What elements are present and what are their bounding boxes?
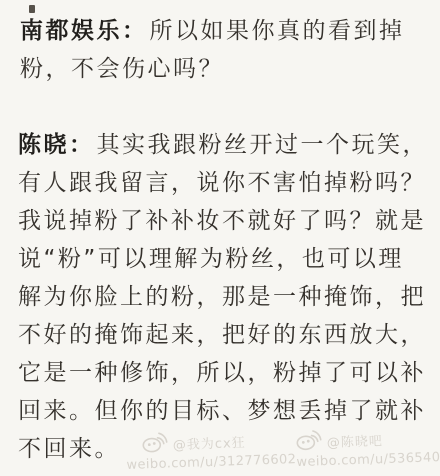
answer-text: 其实我跟粉丝开过一个玩笑， — [97, 132, 429, 158]
watermark-handle: @陈晓吧 — [326, 430, 383, 451]
weibo-quote-image: 南都娱乐：所以如果你真的看到掉 粉，不会伤心吗？ 陈晓：其实我跟粉丝开过一个玩笑… — [0, 0, 440, 476]
watermark-left: @我为cx狂 weibo.com/u/312776602 — [125, 426, 296, 473]
text-line: 它是一种修饰，所以，粉掉了可以补 — [18, 354, 428, 392]
question-speaker: 南都娱乐： — [20, 18, 148, 44]
text-line: 有人跟我留言，说你不害怕掉粉吗？ — [18, 164, 428, 202]
text-line: 陈晓：其实我跟粉丝开过一个玩笑， — [18, 126, 428, 164]
answer-speaker: 陈晓： — [18, 132, 95, 158]
watermark-right: @陈晓吧 weibo.com/u/5365407533 — [295, 423, 440, 470]
text-line: 不好的掩饰起来，把好的东西放大， — [18, 316, 428, 354]
text-line: 南都娱乐：所以如果你真的看到掉 — [20, 12, 405, 50]
text-line: 我说掉粉了补补妆不就好了吗？就是 — [18, 202, 428, 240]
text-line: 说“粉”可以理解为粉丝，也可以理 — [18, 240, 428, 278]
text-line: 解为你脸上的粉，那是一种掩饰，把 — [18, 278, 428, 316]
weibo-logo-icon — [295, 428, 322, 455]
text-line: 粉，不会伤心吗？ — [20, 50, 405, 88]
weibo-logo-icon — [141, 431, 168, 458]
answer-paragraph: 陈晓：其实我跟粉丝开过一个玩笑， 有人跟我留言，说你不害怕掉粉吗？ 我说掉粉了补… — [18, 126, 428, 468]
question-paragraph: 南都娱乐：所以如果你真的看到掉 粉，不会伤心吗？ — [20, 12, 405, 88]
question-text: 所以如果你真的看到掉 — [150, 18, 405, 44]
watermark-handle: @我为cx狂 — [172, 431, 245, 453]
text-line: 回来。但你的目标、梦想丢掉了就补 — [18, 392, 428, 430]
